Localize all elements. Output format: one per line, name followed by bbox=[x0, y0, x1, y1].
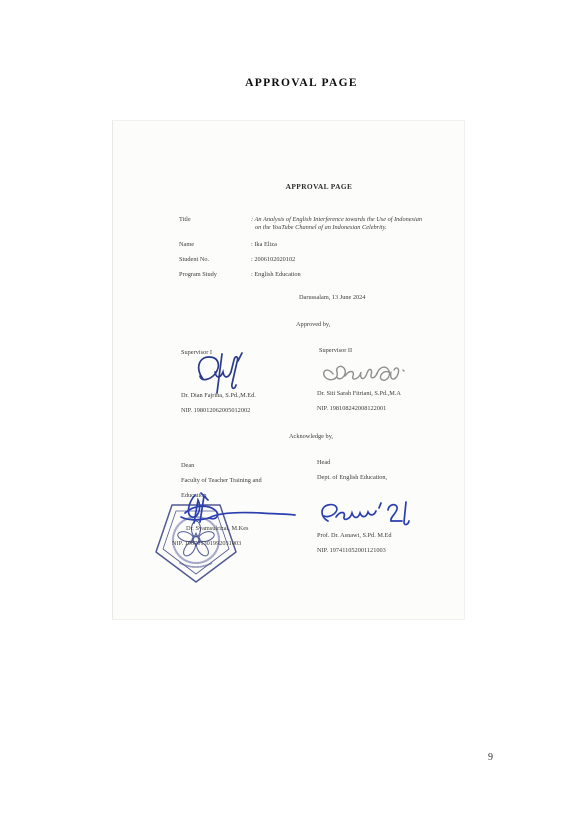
supervisor2-title: Supervisor II bbox=[319, 347, 352, 355]
title-line-2: on the YouTube Channel of an Indonesian … bbox=[251, 224, 456, 232]
approved-by-label: Approved by, bbox=[296, 321, 330, 329]
field-value-title: : An Analysis of English Interference to… bbox=[251, 216, 456, 232]
dean-org-line-1: Faculty of Teacher Training and bbox=[181, 477, 262, 485]
acknowledge-by-label: Acknowledge by, bbox=[289, 433, 333, 441]
head-org-line-1: Dept. of English Education, bbox=[317, 474, 387, 482]
title-line-1: : An Analysis of English Interference to… bbox=[251, 216, 456, 224]
supervisor1-name: Dr. Dian Fajrina, S.Pd.,M.Ed. bbox=[181, 392, 256, 400]
scan-heading: APPROVAL PAGE bbox=[243, 182, 395, 191]
dean-nip: NIP. 196701301992031003 bbox=[172, 540, 241, 548]
head-title: Head bbox=[317, 459, 330, 467]
field-value-student-no: : 2006102020102 bbox=[251, 256, 295, 264]
supervisor1-nip: NIP. 198012062005012002 bbox=[181, 407, 250, 415]
field-label-title: Title bbox=[179, 216, 191, 224]
page-title: APPROVAL PAGE bbox=[12, 77, 579, 89]
field-value-name: : Ika Eliza bbox=[251, 241, 277, 249]
dean-name: Dr. Syamsulrizal, M.Kes bbox=[186, 525, 248, 533]
signature-supervisor-1 bbox=[191, 352, 249, 396]
page-number: 9 bbox=[488, 752, 493, 763]
field-value-program-study: : English Education bbox=[251, 271, 301, 279]
scanned-approval-page: APPROVAL PAGE Title : An Analysis of Eng… bbox=[112, 120, 465, 620]
supervisor2-nip: NIP. 198108242008122001 bbox=[317, 405, 386, 413]
signature-head bbox=[316, 499, 412, 529]
dean-title: Dean bbox=[181, 462, 194, 470]
place-date: Darussalam, 13 June 2024 bbox=[299, 294, 365, 302]
head-name: Prof. Dr. Asnawi, S.Pd. M.Ed bbox=[317, 532, 392, 540]
scan-content: APPROVAL PAGE Title : An Analysis of Eng… bbox=[113, 121, 464, 619]
head-nip: NIP. 197411052001121003 bbox=[317, 547, 386, 555]
field-label-name: Name bbox=[179, 241, 194, 249]
signature-supervisor-2 bbox=[319, 360, 407, 388]
supervisor2-name: Dr. Siti Sarah Fitriani, S.Pd.,M.A bbox=[317, 390, 401, 398]
field-label-student-no: Student No. bbox=[179, 256, 209, 264]
field-label-program-study: Program Study bbox=[179, 271, 217, 279]
